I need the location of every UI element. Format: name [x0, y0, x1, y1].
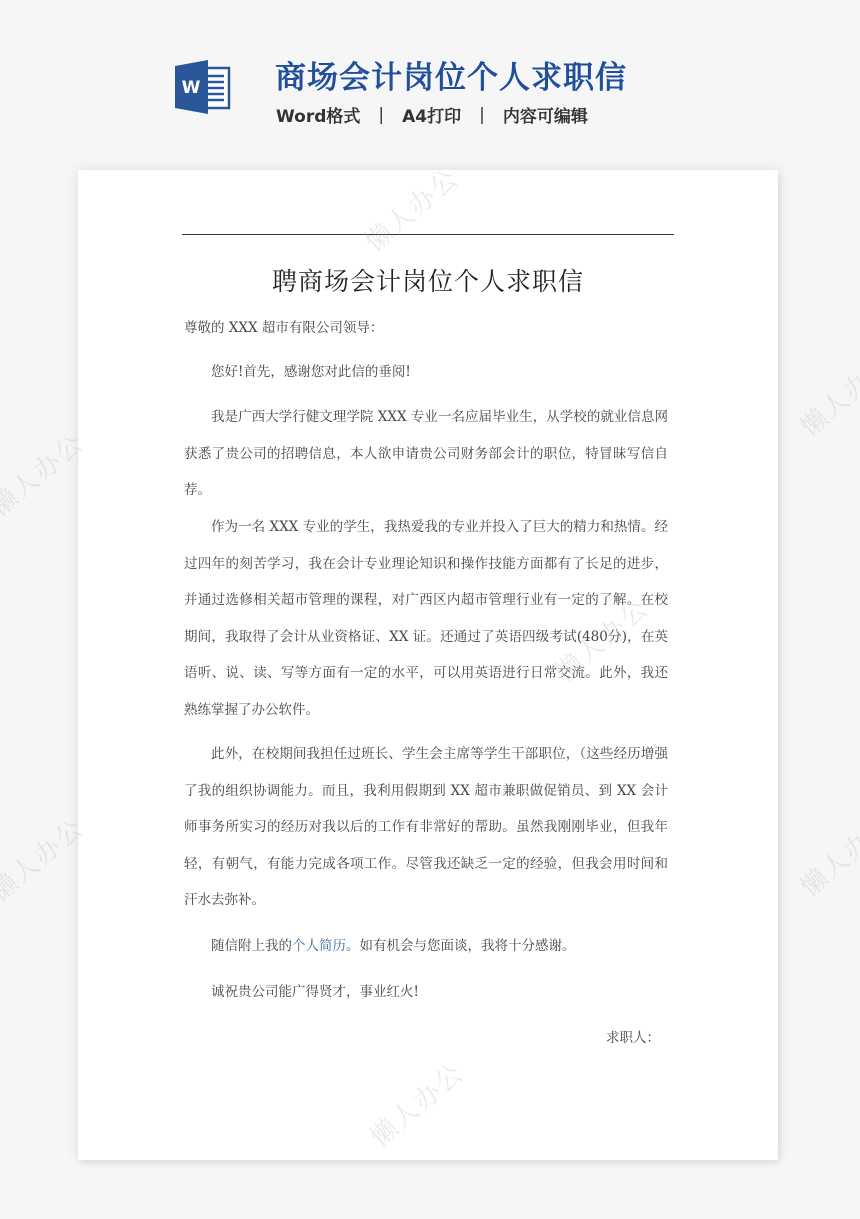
paragraph-attachment: 随信附上我的个人简历。如有机会与您面谈，我将十分感谢。: [184, 928, 668, 965]
watermark: 懒人办公: [791, 343, 860, 443]
separator: |: [378, 105, 384, 125]
watermark: 懒人办公: [791, 803, 860, 903]
resume-link[interactable]: 个人简历: [292, 938, 346, 954]
feature-a4-print: A4打印: [402, 102, 461, 127]
paragraph-experience: 此外，在校期间我担任过班长、学生会主席等学生干部职位，（这些经历增强了我的组织协…: [184, 736, 668, 919]
paragraph-intro: 我是广西大学行健文理学院 XXX 专业一名应届毕业生，从学校的就业信息网获悉了贵…: [184, 399, 668, 509]
document-page: 聘商场会计岗位个人求职信 尊敬的 XXX 超市有限公司领导： 您好!首先，感谢您…: [78, 170, 778, 1160]
header-title: 商场会计岗位个人求职信: [275, 52, 627, 97]
header-banner: W 商场会计岗位个人求职信 Word格式 | A4打印 | 内容可编辑: [0, 0, 860, 150]
separator: |: [479, 105, 485, 125]
attachment-text-before: 随信附上我的: [211, 938, 292, 954]
greeting-paragraph: 您好!首先，感谢您对此信的垂阅!: [184, 354, 668, 391]
salutation: 尊敬的 XXX 超市有限公司领导：: [184, 310, 668, 347]
header-rule: [182, 234, 674, 235]
feature-list: Word格式 | A4打印 | 内容可编辑: [276, 102, 588, 127]
signature: 求职人：: [606, 1020, 660, 1056]
closing-paragraph: 诚祝贵公司能广得贤才，事业红火!: [184, 974, 668, 1011]
feature-editable: 内容可编辑: [503, 102, 588, 127]
attachment-text-after: 。如有机会与您面谈，我将十分感谢。: [346, 938, 576, 954]
word-icon: W: [175, 59, 231, 115]
svg-text:W: W: [182, 78, 201, 98]
paragraph-education: 作为一名 XXX 专业的学生，我热爱我的专业并投入了巨大的精力和热情。经过四年的…: [184, 509, 668, 728]
feature-word-format: Word格式: [276, 102, 360, 127]
document-title: 聘商场会计岗位个人求职信: [78, 262, 778, 298]
